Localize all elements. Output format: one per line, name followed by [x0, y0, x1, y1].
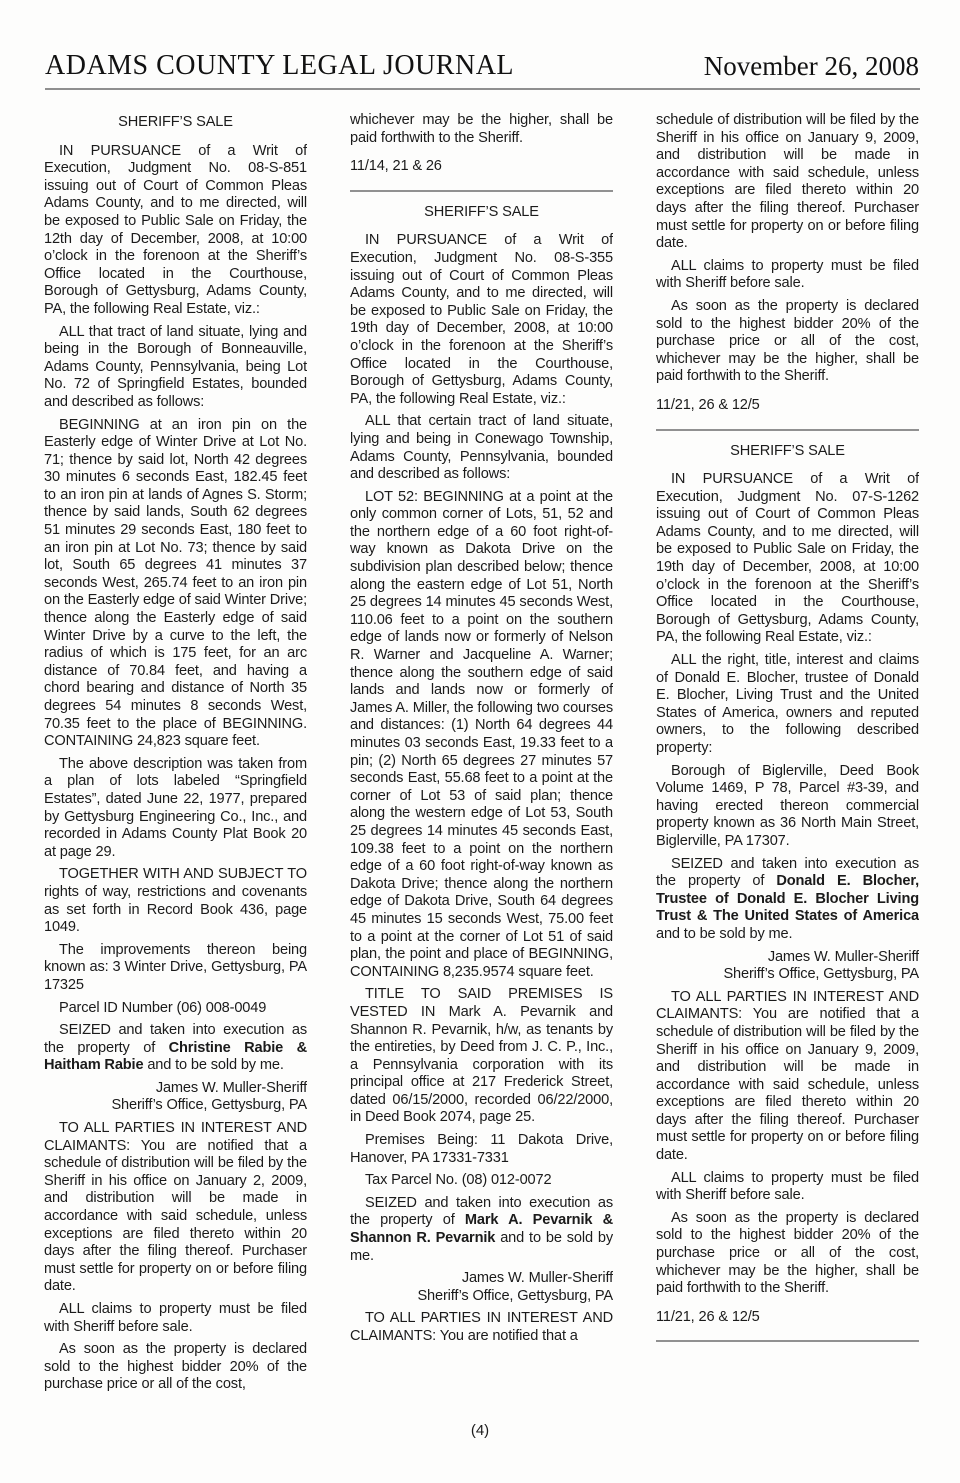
paragraph: ALL claims to property must be filed wit… [656, 258, 919, 293]
text-segment: TO ALL PARTIES IN INTEREST AND CLAIMANTS… [44, 1120, 307, 1294]
paragraph: SEIZED and taken into execution as the p… [350, 1195, 613, 1265]
text-segment: As soon as the property is declared sold… [656, 1210, 919, 1296]
text-segment: TO ALL PARTIES IN INTEREST AND CLAIMANTS… [656, 989, 919, 1163]
text-segment: James W. Muller-Sheriff [156, 1080, 307, 1096]
paragraph: IN PURSUANCE of a Writ of Execution, Jud… [350, 232, 613, 408]
paragraph: TO ALL PARTIES IN INTEREST AND CLAIMANTS… [350, 1310, 613, 1345]
text-segment: TITLE TO SAID PREMISES IS VESTED IN Mark… [350, 986, 613, 1125]
column-right: schedule of distribution will be filed b… [656, 112, 919, 1354]
paragraph: Borough of Biglerville, Deed Book Volume… [656, 763, 919, 851]
text-segment: LOT 52: BEGINNING at a point at the only… [350, 489, 613, 980]
text-segment: 11/21, 26 & 12/5 [656, 1309, 760, 1325]
text-segment: Tax Parcel No. (08) 012-0072 [365, 1172, 551, 1188]
publication-dates: 11/14, 21 & 26 [350, 158, 613, 176]
journal-title: ADAMS COUNTY LEGAL JOURNAL [45, 50, 514, 82]
text-segment: SHERIFF’S SALE [730, 443, 845, 459]
paragraph: ALL that tract of land situate, lying an… [44, 324, 307, 412]
column-middle: whichever may be the higher, shall be pa… [350, 112, 613, 1351]
text-segment: Premises Being: 11 Dakota Drive, Hanover… [350, 1132, 613, 1166]
page-number: (4) [0, 1422, 960, 1439]
text-segment: schedule of distribution will be filed b… [656, 112, 919, 251]
text-segment: As soon as the property is declared sold… [44, 1341, 307, 1392]
paragraph: TO ALL PARTIES IN INTEREST AND CLAIMANTS… [44, 1120, 307, 1296]
paragraph: ALL the right, title, interest and claim… [656, 652, 919, 758]
paragraph: ALL claims to property must be filed wit… [656, 1170, 919, 1205]
issue-date: November 26, 2008 [704, 51, 919, 82]
paragraph: SEIZED and taken into execution as the p… [656, 856, 919, 944]
section-divider [656, 1340, 919, 1342]
section-heading: SHERIFF’S SALE [350, 204, 613, 222]
paragraph: TITLE TO SAID PREMISES IS VESTED IN Mark… [350, 986, 613, 1127]
column-left: SHERIFF’S SALEIN PURSUANCE of a Writ of … [44, 112, 307, 1399]
text-segment: TO ALL PARTIES IN INTEREST AND CLAIMANTS… [350, 1310, 613, 1344]
text-segment: 11/21, 26 & 12/5 [656, 397, 760, 413]
section-divider [350, 190, 613, 192]
signature-line: Sheriff’s Office, Gettysburg, PA [350, 1288, 613, 1306]
text-segment: The above description was taken from a p… [44, 756, 307, 860]
section-heading: SHERIFF’S SALE [656, 443, 919, 461]
text-segment: Sheriff’s Office, Gettysburg, PA [723, 966, 919, 982]
text-segment: ALL that tract of land situate, lying an… [44, 324, 307, 410]
text-segment: SHERIFF’S SALE [118, 114, 233, 130]
text-segment: James W. Muller-Sheriff [462, 1270, 613, 1286]
signature-line: James W. Muller-Sheriff [44, 1080, 307, 1098]
paragraph: ALL that certain tract of land situate, … [350, 413, 613, 483]
paragraph: LOT 52: BEGINNING at a point at the only… [350, 489, 613, 982]
header-divider [45, 88, 920, 90]
paragraph: IN PURSUANCE of a Writ of Execution, Jud… [656, 471, 919, 647]
text-segment: TOGETHER WITH AND SUBJECT TO rights of w… [44, 866, 307, 935]
text-segment: ALL claims to property must be filed wit… [656, 1170, 919, 1204]
paragraph: As soon as the property is declared sold… [44, 1341, 307, 1394]
paragraph-continuation: whichever may be the higher, shall be pa… [350, 112, 613, 147]
publication-dates: 11/21, 26 & 12/5 [656, 1309, 919, 1327]
text-segment: IN PURSUANCE of a Writ of Execution, Jud… [44, 143, 307, 317]
signature-line: Sheriff’s Office, Gettysburg, PA [44, 1097, 307, 1115]
text-segment: Sheriff’s Office, Gettysburg, PA [111, 1097, 307, 1113]
signature-line: Sheriff’s Office, Gettysburg, PA [656, 966, 919, 984]
text-segment: The improvements thereon being known as:… [44, 942, 307, 993]
paragraph: TOGETHER WITH AND SUBJECT TO rights of w… [44, 866, 307, 936]
signature-line: James W. Muller-Sheriff [656, 949, 919, 967]
paragraph: SEIZED and taken into execution as the p… [44, 1022, 307, 1075]
paragraph: BEGINNING at an iron pin on the Easterly… [44, 417, 307, 751]
paragraph: TO ALL PARTIES IN INTEREST AND CLAIMANTS… [656, 989, 919, 1165]
text-segment: Borough of Biglerville, Deed Book Volume… [656, 763, 919, 849]
publication-dates: 11/21, 26 & 12/5 [656, 397, 919, 415]
text-segment: whichever may be the higher, shall be pa… [350, 112, 613, 146]
text-segment: BEGINNING at an iron pin on the Easterly… [44, 417, 307, 750]
text-segment: and to be sold by me. [656, 926, 792, 942]
text-segment: SHERIFF’S SALE [424, 204, 539, 220]
text-segment: ALL the right, title, interest and claim… [656, 652, 919, 756]
text-segment: ALL that certain tract of land situate, … [350, 413, 613, 482]
text-segment: IN PURSUANCE of a Writ of Execution, Jud… [350, 232, 613, 406]
text-segment: and to be sold by me. [143, 1057, 283, 1073]
legal-journal-page: ADAMS COUNTY LEGAL JOURNAL November 26, … [0, 0, 960, 1483]
text-segment: As soon as the property is declared sold… [656, 298, 919, 384]
text-segment: IN PURSUANCE of a Writ of Execution, Jud… [656, 471, 919, 645]
paragraph: IN PURSUANCE of a Writ of Execution, Jud… [44, 143, 307, 319]
text-segment: Parcel ID Number (06) 008-0049 [59, 1000, 266, 1016]
paragraph: ALL claims to property must be filed wit… [44, 1301, 307, 1336]
text-segment: Sheriff’s Office, Gettysburg, PA [417, 1288, 613, 1304]
section-heading: SHERIFF’S SALE [44, 114, 307, 132]
section-divider [656, 429, 919, 431]
paragraph: Premises Being: 11 Dakota Drive, Hanover… [350, 1132, 613, 1167]
text-segment: ALL claims to property must be filed wit… [44, 1301, 307, 1335]
paragraph: As soon as the property is declared sold… [656, 1210, 919, 1298]
paragraph: Parcel ID Number (06) 008-0049 [44, 1000, 307, 1018]
text-segment: 11/14, 21 & 26 [350, 158, 442, 174]
text-segment: James W. Muller-Sheriff [768, 949, 919, 965]
paragraph-continuation: schedule of distribution will be filed b… [656, 112, 919, 253]
paragraph: The improvements thereon being known as:… [44, 942, 307, 995]
paragraph: The above description was taken from a p… [44, 756, 307, 862]
paragraph: Tax Parcel No. (08) 012-0072 [350, 1172, 613, 1190]
text-segment: ALL claims to property must be filed wit… [656, 258, 919, 292]
paragraph: As soon as the property is declared sold… [656, 298, 919, 386]
signature-line: James W. Muller-Sheriff [350, 1270, 613, 1288]
